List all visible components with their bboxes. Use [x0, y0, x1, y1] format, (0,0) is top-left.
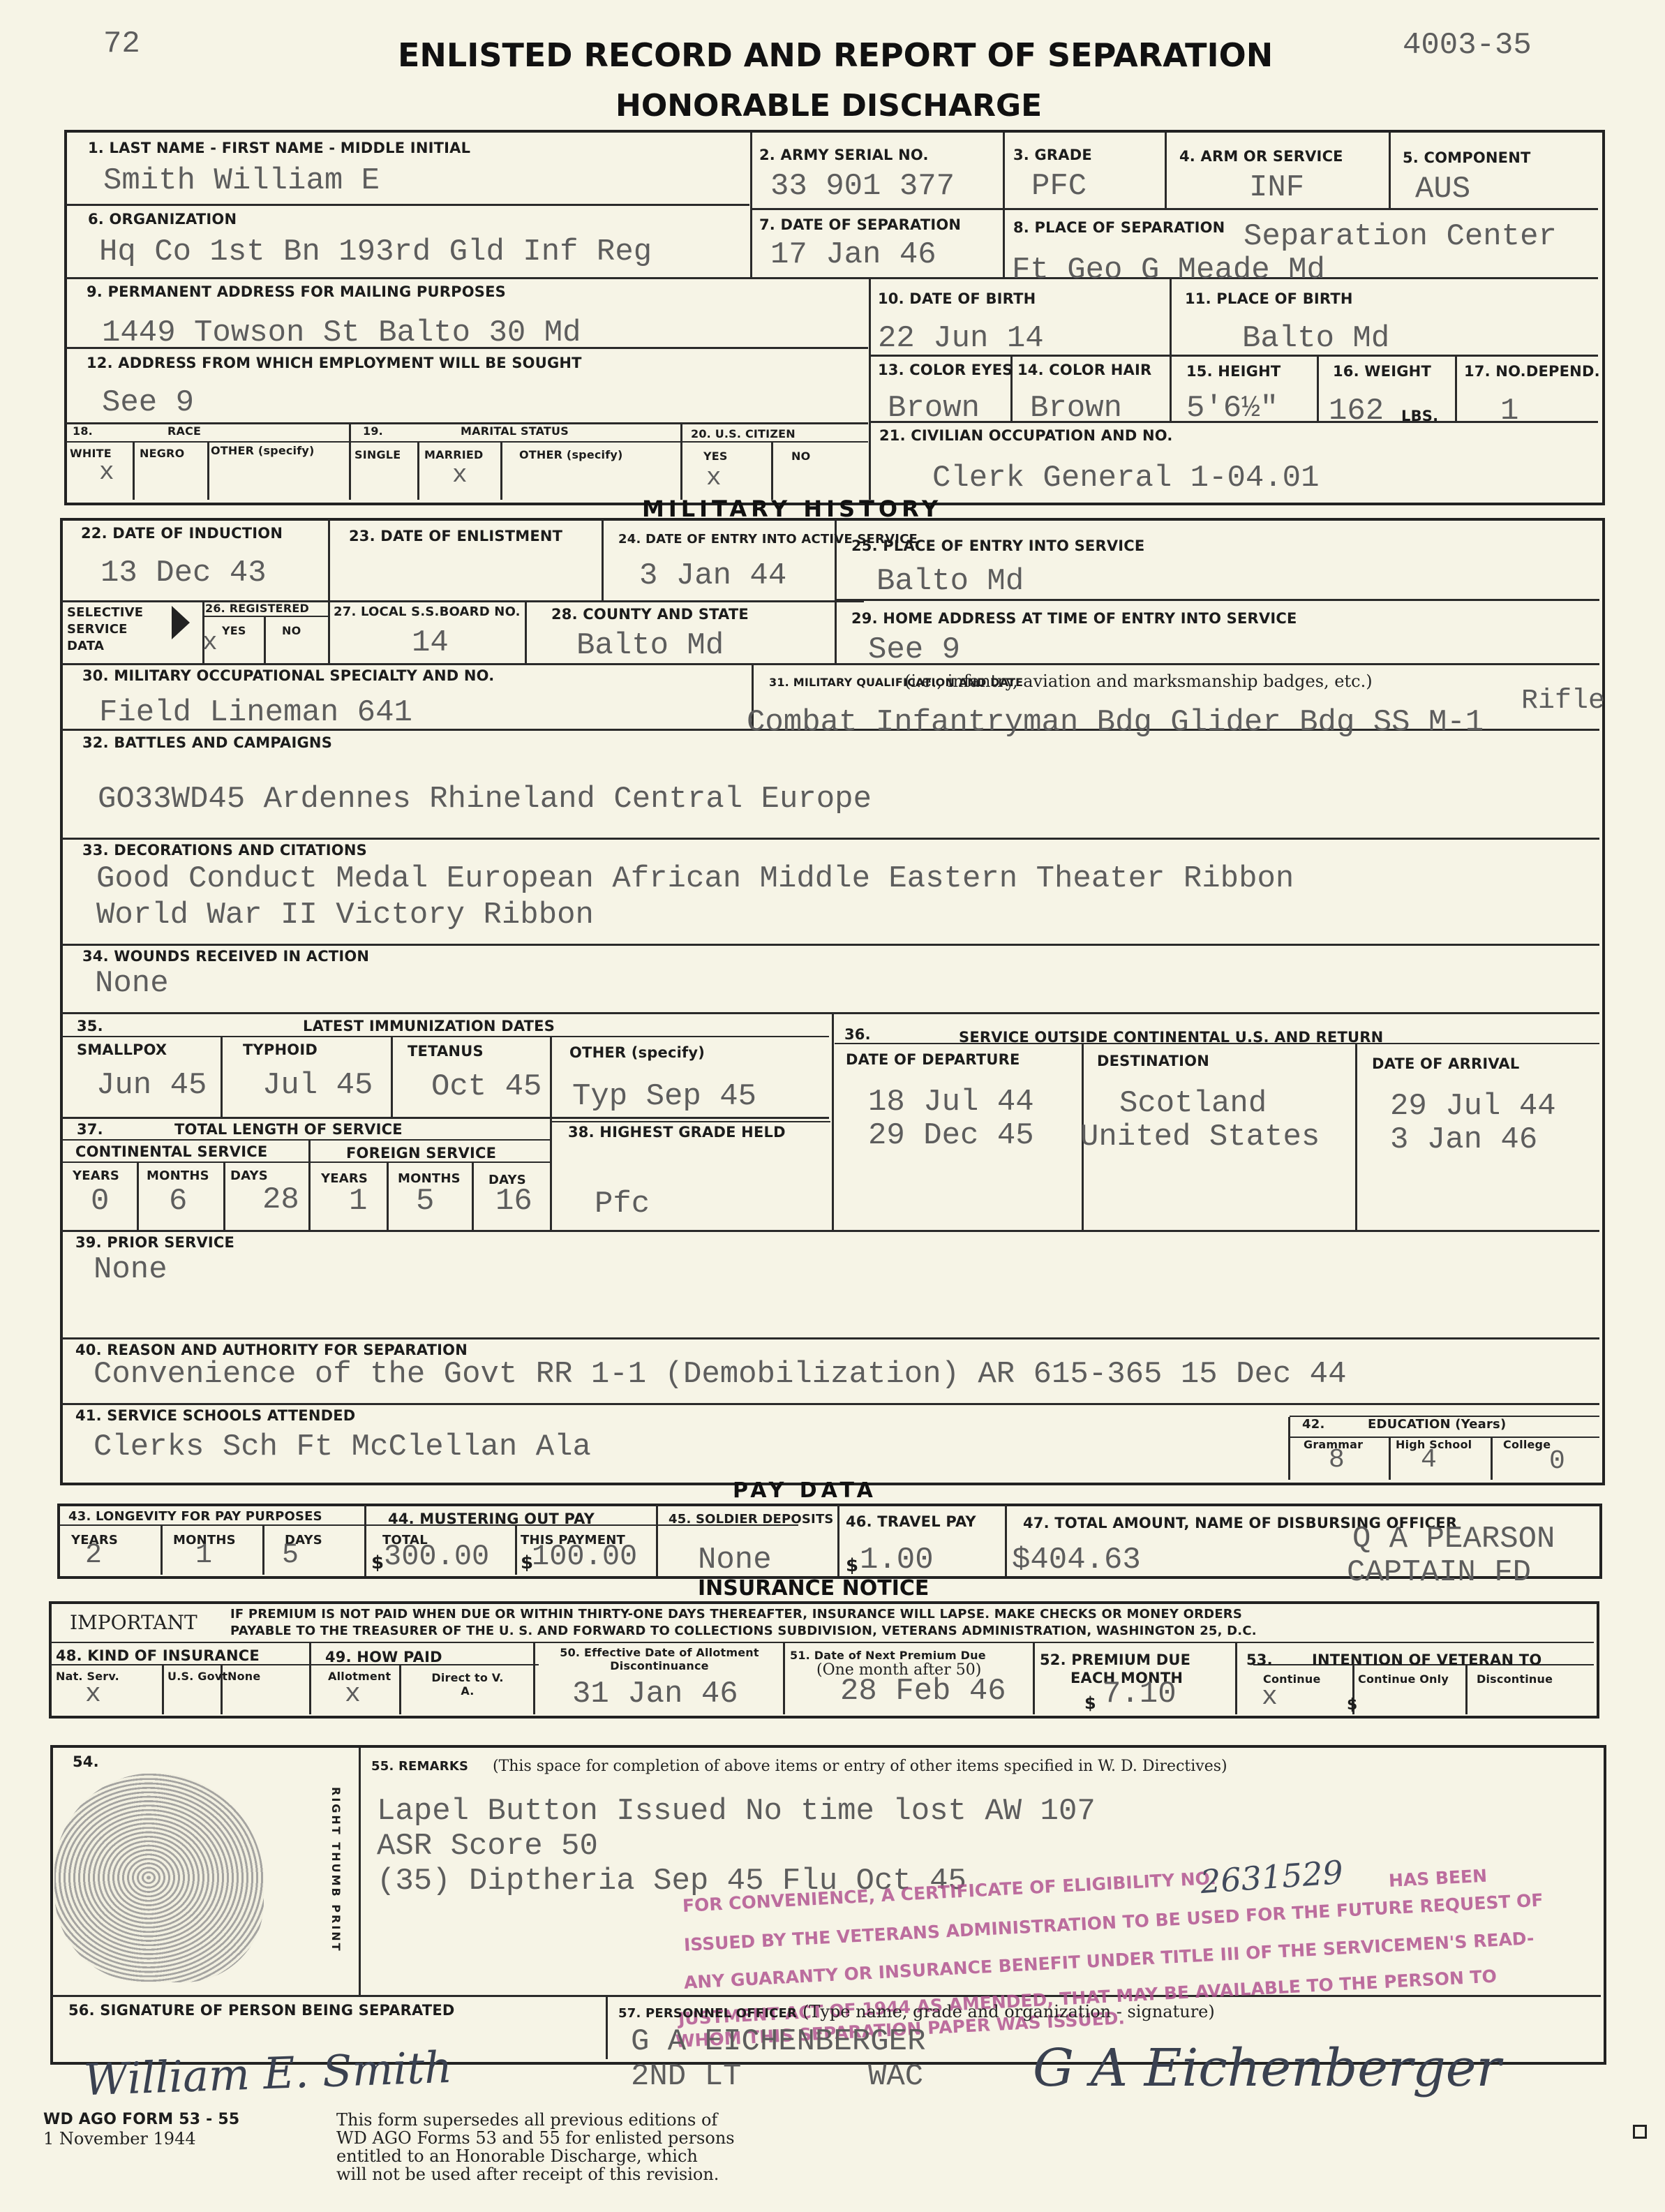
- for-days-value: 16: [495, 1184, 532, 1219]
- cont-days-value: 28: [262, 1182, 299, 1217]
- dependents-value: 1: [1500, 394, 1518, 429]
- remarks-line1: Lapel Button Issued No time lost AW 107: [377, 1794, 1096, 1829]
- registered-label: 26. REGISTERED: [205, 602, 309, 615]
- cont-days-label: DAYS: [230, 1168, 268, 1183]
- date-of-separation-label: 7. DATE OF SEPARATION: [759, 216, 961, 233]
- longevity-label: 43. LONGEVITY FOR PAY PURPOSES: [68, 1509, 322, 1524]
- allotment-discontinuance-value: 31 Jan 46: [572, 1677, 738, 1712]
- mos-label: 30. MILITARY OCCUPATIONAL SPECIALTY AND …: [82, 667, 494, 684]
- other-immunization-label: OTHER (specify): [569, 1044, 705, 1061]
- weight-unit: LBS.: [1401, 408, 1438, 424]
- remarks-line2: ASR Score 50: [377, 1829, 598, 1864]
- service-schools-label: 41. SERVICE SCHOOLS ATTENDED: [75, 1407, 355, 1424]
- army-serial-value: 33 901 377: [770, 169, 955, 204]
- dollar-sign-continue-only: $: [1347, 1696, 1358, 1714]
- marital-single-option[interactable]: SINGLE: [354, 448, 401, 461]
- wounds-value: None: [95, 966, 169, 1001]
- mustering-total-value: 300.00: [384, 1540, 489, 1573]
- natserv-mark: x: [85, 1679, 101, 1709]
- arrival-label: DATE OF ARRIVAL: [1372, 1055, 1519, 1072]
- arrival-1: 29 Jul 44: [1390, 1089, 1556, 1124]
- height-value: 5'6½": [1186, 391, 1278, 426]
- employment-address-value: See 9: [102, 385, 194, 420]
- marital-married-option[interactable]: MARRIED: [424, 448, 484, 461]
- highest-grade-label: 38. HIGHEST GRADE HELD: [568, 1124, 786, 1141]
- direct-to-va-option[interactable]: Direct to V. A.: [426, 1671, 509, 1698]
- cont-years-value: 0: [91, 1184, 109, 1219]
- arm-or-service-value: INF: [1249, 170, 1304, 205]
- next-premium-value: 28 Feb 46: [840, 1674, 1006, 1709]
- prior-service-value: None: [94, 1252, 167, 1287]
- destination-1: Scotland: [1119, 1086, 1267, 1121]
- supersedes-line3: entitled to an Honorable Discharge, whic…: [336, 2147, 735, 2165]
- none-option[interactable]: None: [227, 1670, 260, 1683]
- continue-only-option[interactable]: Continue Only: [1358, 1672, 1449, 1686]
- date-of-birth-value: 22 Jun 14: [878, 321, 1044, 356]
- wounds-label: 34. WOUNDS RECEIVED IN ACTION: [82, 948, 369, 965]
- soldier-deposits-label: 45. SOLDIER DEPOSITS: [669, 1512, 834, 1527]
- college-label: College: [1503, 1438, 1551, 1451]
- last-name-label: 1. LAST NAME - FIRST NAME - MIDDLE INITI…: [88, 140, 470, 156]
- service-schools-value: Clerks Sch Ft McClellan Ala: [94, 1430, 591, 1464]
- place-of-birth-label: 11. PLACE OF BIRTH: [1185, 290, 1353, 307]
- race-white-mark: x: [99, 458, 114, 487]
- decorations-line2: World War II Victory Ribbon: [96, 898, 594, 933]
- pay-data-title: PAY DATA: [733, 1478, 877, 1503]
- dollar-sign-total: $: [371, 1552, 384, 1573]
- prior-service-label: 39. PRIOR SERVICE: [75, 1234, 234, 1251]
- color-eyes-value: Brown: [888, 391, 980, 426]
- registered-no-option[interactable]: NO: [282, 624, 301, 637]
- supersedes-line4: will not be used after receipt of this r…: [336, 2165, 735, 2183]
- home-address-entry-label: 29. HOME ADDRESS AT TIME OF ENTRY INTO S…: [851, 610, 1297, 627]
- mustering-payment-value: 100.00: [532, 1540, 637, 1573]
- longevity-years-value: 2: [85, 1540, 102, 1571]
- citizen-label: 20. U.S. CITIZEN: [691, 427, 796, 440]
- premium-due-label: 52. PREMIUM DUE: [1040, 1651, 1190, 1668]
- insurance-notice-line1: IF PREMIUM IS NOT PAID WHEN DUE OR WITHI…: [230, 1607, 1242, 1621]
- arm-or-service-label: 4. ARM OR SERVICE: [1179, 148, 1343, 165]
- service-outside-title: SERVICE OUTSIDE CONTINENTAL U.S. AND RET…: [959, 1029, 1383, 1046]
- form-subtitle: HONORABLE DISCHARGE: [615, 88, 1042, 124]
- highest-grade-value: Pfc: [595, 1187, 650, 1222]
- total-amount-value: $404.63: [1012, 1543, 1141, 1578]
- corner-number-right: 4003-35: [1403, 28, 1532, 63]
- separation-reason-label: 40. REASON AND AUTHORITY FOR SEPARATION: [75, 1342, 468, 1358]
- kind-of-insurance-label: 48. KIND OF INSURANCE: [56, 1647, 260, 1664]
- intention-title: INTENTION OF VETERAN TO: [1312, 1651, 1541, 1668]
- for-years-value: 1: [349, 1184, 367, 1219]
- premium-due-value: 7.10: [1103, 1677, 1177, 1712]
- place-of-birth-value: Balto Md: [1242, 321, 1389, 356]
- marital-other-option[interactable]: OTHER (specify): [519, 448, 623, 461]
- date-of-separation-value: 17 Jan 46: [770, 237, 936, 272]
- personnel-officer-rank: 2ND LT: [631, 2059, 741, 2094]
- separation-reason-value: Convenience of the Govt RR 1-1 (Demobili…: [94, 1357, 1347, 1392]
- destination-label: DESTINATION: [1097, 1053, 1209, 1069]
- destination-2: United States: [1080, 1120, 1320, 1155]
- weight-value: 162: [1329, 394, 1384, 429]
- departure-2: 29 Dec 45: [868, 1118, 1034, 1153]
- permanent-address-label: 9. PERMANENT ADDRESS FOR MAILING PURPOSE…: [87, 283, 506, 300]
- for-months-value: 5: [416, 1184, 434, 1219]
- immunization-title: LATEST IMMUNIZATION DATES: [303, 1018, 555, 1034]
- date-of-induction-value: 13 Dec 43: [100, 556, 267, 591]
- date-of-birth-label: 10. DATE OF BIRTH: [878, 290, 1036, 307]
- place-of-entry-value: Balto Md: [876, 564, 1024, 599]
- usgovt-option[interactable]: U.S. Govt.: [167, 1670, 232, 1683]
- dollar-sign-travel: $: [846, 1555, 858, 1576]
- right-thumb-print-label: RIGHT THUMB PRINT: [329, 1787, 343, 1953]
- longevity-months-value: 1: [195, 1540, 212, 1571]
- marital-married-mark: x: [452, 461, 468, 489]
- immunization-number: 35.: [77, 1018, 103, 1034]
- citizen-yes-mark: x: [706, 463, 722, 492]
- intention-number: 53.: [1246, 1651, 1273, 1668]
- county-state-value: Balto Md: [576, 628, 724, 663]
- soldier-deposits-value: None: [698, 1543, 772, 1578]
- continue-mark: x: [1262, 1682, 1278, 1712]
- race-number: 18.: [73, 424, 93, 438]
- length-of-service-title: TOTAL LENGTH OF SERVICE: [174, 1121, 403, 1138]
- tetanus-label: TETANUS: [408, 1043, 484, 1060]
- college-value: 0: [1549, 1446, 1565, 1476]
- civilian-occupation-label: 21. CIVILIAN OCCUPATION AND NO.: [879, 427, 1173, 444]
- supersedes-line1: This form supersedes all previous editio…: [336, 2111, 735, 2129]
- decorations-label: 33. DECORATIONS AND CITATIONS: [82, 842, 367, 859]
- arrow-right-icon: [172, 606, 190, 639]
- home-address-entry-value: See 9: [868, 632, 960, 667]
- corner-number-left: 72: [103, 27, 140, 61]
- grammar-value: 8: [1329, 1445, 1345, 1475]
- date-of-induction-label: 22. DATE OF INDUCTION: [81, 525, 283, 542]
- mos-value: Field Lineman 641: [99, 695, 412, 730]
- army-serial-label: 2. ARMY SERIAL NO.: [759, 147, 929, 163]
- registered-yes-option[interactable]: YES: [222, 624, 246, 637]
- disbursing-officer-name: Q A PEARSON: [1352, 1522, 1555, 1557]
- height-label: 15. HEIGHT: [1186, 363, 1281, 380]
- active-service-date-value: 3 Jan 44: [639, 558, 786, 593]
- allotment-discontinuance-label: 50. Effective Date of Allotment Disconti…: [544, 1646, 775, 1672]
- typhoid-label: TYPHOID: [243, 1041, 318, 1058]
- departure-label: DATE OF DEPARTURE: [846, 1051, 1020, 1068]
- supersedes-line2: WD AGO Forms 53 and 55 for enlisted pers…: [336, 2129, 735, 2147]
- departure-1: 18 Jul 44: [868, 1085, 1034, 1120]
- qualification-hint: (i.e., infantry, aviation and marksmansh…: [904, 671, 1373, 691]
- full-name-value: Smith William E: [103, 163, 380, 198]
- personnel-officer-hint: (Type name, grade and organization - sig…: [802, 2002, 1215, 2021]
- battles-label: 32. BATTLES AND CAMPAIGNS: [82, 734, 332, 751]
- cont-years-label: YEARS: [73, 1168, 119, 1183]
- permanent-address-value: 1449 Towson St Balto 30 Md: [102, 316, 581, 350]
- length-of-service-number: 37.: [77, 1121, 103, 1138]
- place-of-entry-label: 25. PLACE OF ENTRY INTO SERVICE: [851, 537, 1144, 554]
- next-premium-label: 51. Date of Next Premium Due: [790, 1649, 986, 1662]
- longevity-days-value: 5: [282, 1540, 299, 1571]
- insurance-notice-line2: PAYABLE TO THE TREASURER OF THE U. S. AN…: [230, 1624, 1257, 1638]
- dependents-label: 17. NO.DEPEND.: [1464, 363, 1600, 380]
- marital-title: MARITAL STATUS: [461, 424, 569, 438]
- supersedes-notice: This form supersedes all previous editio…: [336, 2111, 735, 2183]
- personnel-officer-org: WAC: [868, 2059, 923, 2094]
- ss-board-value: 14: [412, 625, 449, 660]
- battles-value: GO33WD45 Ardennes Rhineland Central Euro…: [98, 782, 872, 817]
- service-outside-number: 36.: [844, 1026, 871, 1043]
- allotment-mark: x: [345, 1679, 361, 1709]
- race-other-option[interactable]: OTHER (specify): [211, 444, 315, 457]
- color-hair-value: Brown: [1030, 391, 1122, 426]
- grade-label: 3. GRADE: [1013, 147, 1092, 163]
- qualification-value: Combat Infantryman Bdg Glider Bdg SS M-1: [747, 705, 1484, 740]
- insurance-notice-title: INSURANCE NOTICE: [698, 1576, 929, 1601]
- travel-pay-value: 1.00: [860, 1543, 934, 1578]
- other-immunization-value: Typ Sep 45: [572, 1079, 756, 1114]
- employment-address-label: 12. ADDRESS FROM WHICH EMPLOYMENT WILL B…: [87, 355, 582, 371]
- form-title: ENLISTED RECORD AND REPORT OF SEPARATION: [398, 36, 1273, 74]
- decorations-line1: Good Conduct Medal European African Midd…: [96, 861, 1294, 896]
- organization-value: Hq Co 1st Bn 193rd Gld Inf Reg: [99, 235, 652, 269]
- education-title: EDUCATION (Years): [1368, 1417, 1506, 1432]
- race-negro-option[interactable]: NEGRO: [140, 447, 184, 460]
- how-paid-label: 49. HOW PAID: [325, 1649, 442, 1665]
- form-number: WD AGO FORM 53 - 55: [43, 2111, 239, 2128]
- place-of-separation-line2: Ft Geo G Meade Md: [1012, 253, 1325, 288]
- thumb-print-number: 54.: [73, 1753, 99, 1770]
- arrival-2: 3 Jan 46: [1390, 1122, 1537, 1157]
- disbursing-officer-rank: CAPTAIN FD: [1347, 1555, 1531, 1590]
- citizen-no-option[interactable]: NO: [791, 450, 810, 463]
- smallpox-value: Jun 45: [96, 1068, 207, 1103]
- race-title: RACE: [167, 424, 201, 438]
- person-signature-label: 56. SIGNATURE OF PERSON BEING SEPARATED: [68, 2002, 455, 2019]
- county-state-label: 28. COUNTY AND STATE: [551, 606, 749, 623]
- discontinue-option[interactable]: Discontinue: [1477, 1672, 1553, 1686]
- smallpox-label: SMALLPOX: [77, 1041, 167, 1058]
- color-eyes-label: 13. COLOR EYES: [878, 362, 1013, 378]
- personnel-officer-label: 57. PERSONNEL OFFICER: [618, 2006, 797, 2021]
- high-school-value: 4: [1421, 1445, 1437, 1475]
- marital-number: 19.: [363, 424, 383, 438]
- foreign-service-label: FOREIGN SERVICE: [346, 1145, 496, 1161]
- weight-label: 16. WEIGHT: [1333, 363, 1431, 380]
- typhoid-value: Jul 45: [262, 1068, 373, 1103]
- grade-value: PFC: [1031, 169, 1087, 204]
- travel-pay-label: 46. TRAVEL PAY: [846, 1513, 976, 1530]
- organization-label: 6. ORGANIZATION: [88, 211, 237, 228]
- citizen-yes-option[interactable]: YES: [703, 450, 728, 463]
- personnel-officer-name: G A EICHENBERGER: [631, 2024, 925, 2059]
- civilian-occupation-value: Clerk General 1-04.01: [932, 461, 1320, 496]
- dollar-sign-premium-glyph: $: [1084, 1693, 1096, 1713]
- place-of-separation-label: 8. PLACE OF SEPARATION: [1013, 219, 1225, 236]
- form-date: 1 November 1944: [43, 2129, 196, 2148]
- remarks-label: 55. REMARKS: [371, 1759, 468, 1774]
- ss-board-label: 27. LOCAL S.S.BOARD NO.: [334, 604, 521, 619]
- corner-square-mark: [1633, 2125, 1647, 2139]
- component-value: AUS: [1415, 172, 1470, 207]
- qualification-value-extra: Rifle: [1521, 685, 1605, 717]
- personnel-officer-signature: G A Eichenberger: [1033, 2038, 1501, 2098]
- place-of-separation-line1: Separation Center: [1244, 219, 1557, 254]
- component-label: 5. COMPONENT: [1403, 149, 1531, 166]
- important-label: IMPORTANT: [70, 1611, 197, 1634]
- remarks-hint: (This space for completion of above item…: [493, 1758, 1227, 1775]
- selective-service-label: SELECTIVE SERVICE DATA: [67, 604, 131, 655]
- mustering-out-label: 44. MUSTERING OUT PAY: [388, 1510, 595, 1527]
- color-hair-label: 14. COLOR HAIR: [1017, 362, 1151, 378]
- date-of-enlistment-label: 23. DATE OF ENLISTMENT: [349, 528, 562, 544]
- cont-months-value: 6: [169, 1184, 187, 1219]
- education-number: 42.: [1302, 1417, 1325, 1432]
- tetanus-value: Oct 45: [431, 1069, 542, 1104]
- cont-months-label: MONTHS: [147, 1168, 209, 1183]
- continental-service-label: CONTINENTAL SERVICE: [75, 1143, 267, 1160]
- registered-yes-mark: x: [202, 628, 218, 657]
